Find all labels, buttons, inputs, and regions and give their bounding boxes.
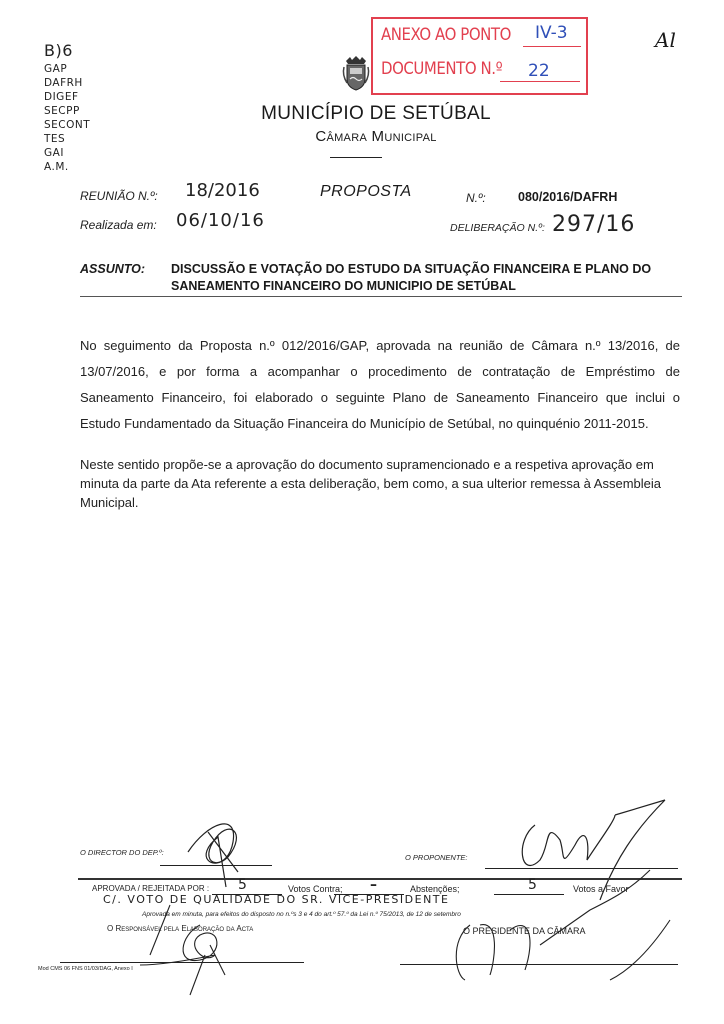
subject-divider [80, 296, 682, 297]
proponent-label: O PROPONENTE: [405, 853, 468, 862]
form-code: Mod CMS 06 FNS 01/03/DAG, Anexo I [38, 966, 133, 972]
abstentions-value: – [370, 877, 377, 893]
director-label: O DIRECTOR DO DEP.º: [80, 848, 164, 857]
stamp-document-line [500, 81, 580, 82]
stamp-annex-value: IV-3 [535, 23, 568, 43]
body-paragraph-1: No seguimento da Proposta n.º 012/2016/G… [80, 333, 680, 437]
municipality-title: MUNICÍPIO DE SETÚBAL [14, 103, 724, 125]
annex-stamp: ANEXO AO PONTO IV-3 DOCUMENTO N.º 22 [371, 17, 588, 95]
president-signature [440, 910, 680, 990]
number-label: N.º: [466, 191, 486, 205]
signature-divider [78, 878, 682, 880]
body-line: Saneamento Financeiro, foi elaborado o s… [80, 385, 680, 411]
recipient: GAI [44, 146, 114, 160]
deliberation-label: DELIBERAÇÃO N.º: [450, 222, 545, 234]
minutes-signature [130, 905, 250, 1000]
body-paragraph-2: Neste sentido propõe-se a aprovação do d… [80, 455, 680, 512]
stamp-annex-label: ANEXO AO PONTO [381, 25, 511, 45]
recipient: DIGEF [44, 90, 114, 104]
approved-label: APROVADA / REJEITADA POR : [92, 884, 209, 893]
meeting-value: 18/2016 [185, 180, 260, 201]
body-line: No seguimento da Proposta n.º 012/2016/G… [80, 333, 680, 359]
deliberation-number: 297/16 [552, 212, 635, 237]
votes-for-value: 5 [528, 877, 537, 893]
routing-code: B)6 [44, 40, 114, 62]
subject-text: DISCUSSÃO E VOTAÇÃO DO ESTUDO DA SITUAÇÃ… [171, 261, 661, 295]
held-label: Realizada em: [80, 218, 157, 232]
stamp-annex-line [523, 46, 581, 47]
recipient: A.M. [44, 160, 114, 174]
votes-against-value: 5 [238, 877, 247, 893]
body-line: 13/07/2016, e por forma a acompanhar o p… [80, 359, 680, 385]
proposal-number: 080/2016/DAFRH [518, 190, 617, 204]
document-type: PROPOSTA [320, 183, 412, 201]
held-date: 06/10/16 [176, 210, 265, 231]
chamber-subtitle: Câmara Municipal [14, 128, 724, 145]
handwritten-initials: Al [655, 28, 676, 52]
votes-for-label: Votos a Favor [573, 884, 629, 894]
subject-label: ASSUNTO: [80, 262, 145, 276]
stamp-document-label: DOCUMENTO N.º [381, 59, 502, 79]
meeting-label: REUNIÃO N.º: [80, 189, 158, 203]
header-divider [330, 157, 382, 158]
votes-for-line [494, 894, 564, 895]
recipient: GAP [44, 62, 114, 76]
municipal-crest-icon [342, 55, 370, 91]
body-line: Estudo Fundamentado da Situação Financei… [80, 411, 680, 437]
recipient: DAFRH [44, 76, 114, 90]
stamp-document-value: 22 [528, 61, 550, 81]
